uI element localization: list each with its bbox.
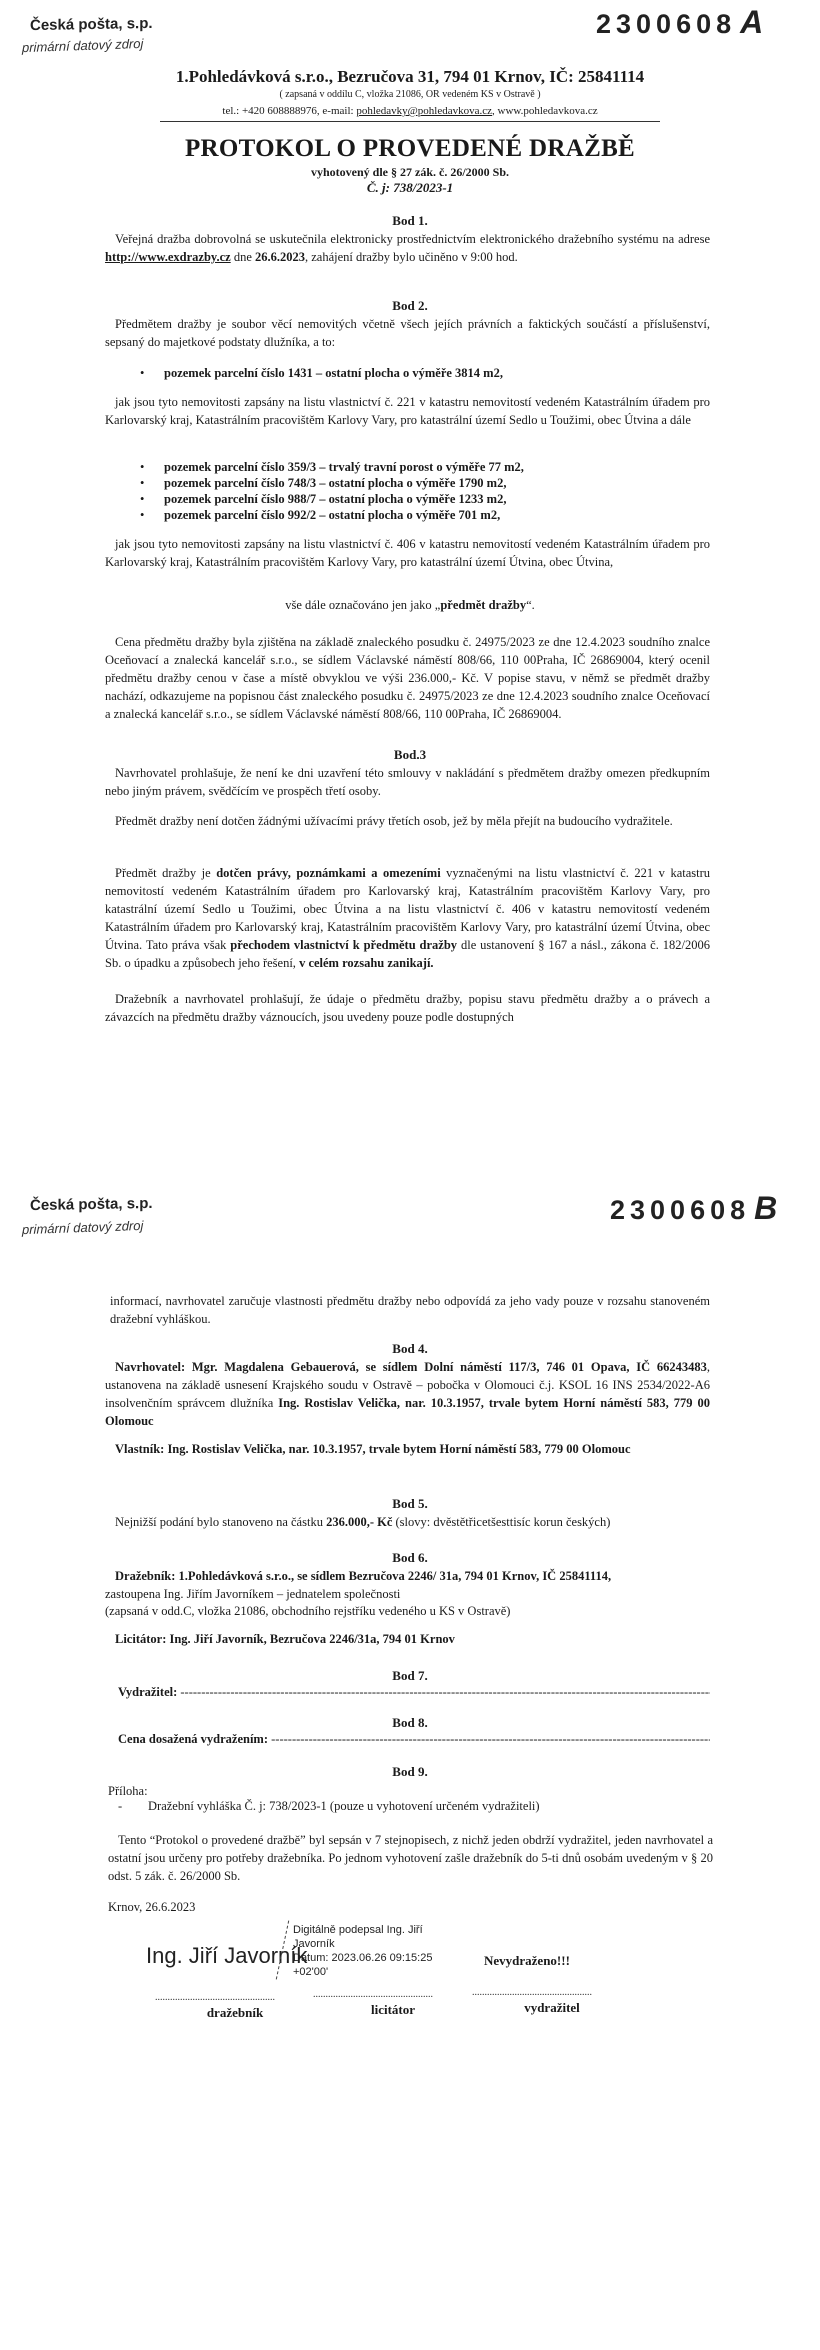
contact-web: , www.pohledavkova.cz	[492, 105, 598, 117]
parcel-item: pozemek parcelní číslo 748/3 – ostatní p…	[140, 475, 700, 491]
minimum-bid-text: Nejnižší podání bylo stanoveno na částku…	[105, 1513, 710, 1531]
document-number-b: 2300608 B	[610, 1190, 777, 1227]
role-drazebnik: dražebník	[155, 2005, 315, 2021]
postal-stamp-org: Česká pošta, s.p.	[30, 1195, 153, 1214]
vlastnik-text: Vlastník: Ing. Rostislav Velička, nar. 1…	[105, 1440, 710, 1458]
parcel-list-lv221: pozemek parcelní číslo 1431 – ostatní pl…	[140, 365, 700, 381]
licitator-text: Licitátor: Ing. Jiří Javorník, Bezručova…	[105, 1630, 710, 1648]
copies-text: Tento “Protokol o provedené dražbě” byl …	[108, 1831, 713, 1885]
company-name: 1.Pohledávková s.r.o., Bezručova 31, 794…	[0, 67, 820, 87]
final-price-field: Cena dosažená vydražením: --------------…	[118, 1732, 710, 1747]
bod6-heading: Bod 6.	[0, 1550, 820, 1566]
designation-suffix: “.	[526, 598, 535, 612]
exdrazby-link[interactable]: http://www.exdrazby.cz	[105, 250, 231, 264]
minimum-bid-label: Nejnižší podání bylo stanoveno na částku	[115, 1515, 326, 1529]
bod3-p2: Předmět dražby není dotčen žádnými užíva…	[105, 812, 710, 830]
bod1-text: Veřejná dražba dobrovolná se uskutečnila…	[105, 230, 710, 266]
digital-signature-line: +02'00'	[293, 1965, 432, 1979]
designation-prefix: vše dále označováno jen jako „	[285, 598, 440, 612]
bod4-heading: Bod 4.	[0, 1341, 820, 1357]
signature-line-licitator: ........................................…	[313, 1989, 433, 2000]
navrhovatel-text: Navrhovatel: Mgr. Magdalena Gebauerová, …	[105, 1358, 710, 1430]
role-licitator: licitátor	[313, 2002, 473, 2018]
bod3-p3-b: dotčen právy, poznámkami a omezeními	[216, 866, 440, 880]
place-date: Krnov, 26.6.2023	[108, 1898, 713, 1916]
doc-number: 2300608	[596, 9, 736, 39]
bod7-heading: Bod 7.	[0, 1668, 820, 1684]
header-rule	[160, 121, 660, 122]
postal-stamp-sub: primární datový zdroj	[22, 36, 143, 55]
bod3-p4-part2: informací, navrhovatel zaručuje vlastnos…	[110, 1292, 710, 1328]
digital-signature-line: Digitálně podepsal Ing. Jiří	[293, 1923, 432, 1937]
company-contact: tel.: +420 608888976, e-mail: pohledavky…	[0, 105, 820, 117]
minimum-bid-words: (slovy: dvěstětřicetšesttisíc korun česk…	[392, 1515, 610, 1529]
bod9-heading: Bod 9.	[0, 1764, 820, 1780]
document-number-a: 2300608 A	[596, 4, 763, 41]
digital-signature-line: Datum: 2023.06.26 09:15:25	[293, 1951, 432, 1965]
bod1-heading: Bod 1.	[0, 213, 820, 229]
not-auctioned-note: Nevydraženo!!!	[484, 1953, 570, 1969]
bod3-p1: Navrhovatel prohlašuje, že není ke dni u…	[105, 764, 710, 800]
parcel-item: pozemek parcelní číslo 359/3 – trvalý tr…	[140, 459, 700, 475]
bod1-text-mid: dne	[231, 250, 255, 264]
signature-line-drazebnik: ........................................…	[155, 1992, 275, 2003]
reference-number: Č. j: 738/2023-1	[0, 180, 820, 196]
doc-letter: A	[740, 4, 763, 40]
page-title: PROTOKOL O PROVEDENÉ DRAŽBĚ	[0, 135, 820, 163]
role-vydrazitel: vydražitel	[472, 2000, 632, 2016]
contact-email-link[interactable]: pohledavky@pohledavkova.cz	[356, 105, 492, 117]
bod3-p3-f: v celém rozsahu zanikají.	[299, 956, 433, 970]
winner-blank: ----------------------------------------…	[180, 1685, 710, 1699]
bod3-p3-a: Předmět dražby je	[115, 866, 216, 880]
postal-stamp-org: Česká pošta, s.p.	[30, 15, 153, 34]
subject-designation: vše dále označováno jen jako „předmět dr…	[0, 598, 820, 613]
valuation-text: Cena předmětu dražby byla zjištěna na zá…	[105, 633, 710, 723]
parcel-list-lv406: pozemek parcelní číslo 359/3 – trvalý tr…	[140, 459, 700, 523]
bod3-heading: Bod.3	[0, 747, 820, 763]
lv406-text: jak jsou tyto nemovitosti zapsány na lis…	[105, 535, 710, 571]
attachment-item-text: Dražební vyhláška Č. j: 738/2023-1 (pouz…	[148, 1799, 540, 1813]
postal-stamp-sub: primární datový zdroj	[22, 1218, 143, 1237]
bod3-p3: Předmět dražby je dotčen právy, poznámka…	[105, 864, 710, 972]
bod2-heading: Bod 2.	[0, 298, 820, 314]
digital-signature-block: Digitálně podepsal Ing. Jiří Javorník Da…	[293, 1923, 432, 1979]
signature-line-vydrazitel: ........................................…	[472, 1987, 592, 1998]
bod1-text-end: , zahájení dražby bylo učiněno v 9:00 ho…	[305, 250, 518, 264]
bod1-text-start: Veřejná dražba dobrovolná se uskutečnila…	[115, 232, 710, 246]
bod8-heading: Bod 8.	[0, 1715, 820, 1731]
winner-field: Vydražitel: ----------------------------…	[118, 1685, 710, 1700]
minimum-bid-amount: 236.000,- Kč	[326, 1515, 392, 1529]
parcel-item: pozemek parcelní číslo 992/2 – ostatní p…	[140, 507, 700, 523]
designation-term: předmět dražby	[440, 598, 526, 612]
digital-signature-line: Javorník	[293, 1937, 432, 1951]
final-price-label: Cena dosažená vydražením:	[118, 1732, 271, 1746]
doc-letter: B	[754, 1190, 777, 1226]
company-registration: ( zapsaná v oddílu C, vložka 21086, OR v…	[0, 89, 820, 100]
dash-bullet: -	[118, 1797, 148, 1815]
attachment-item: -Dražební vyhláška Č. j: 738/2023-1 (pou…	[118, 1797, 723, 1815]
document-subtitle: vyhotovený dle § 27 zák. č. 26/2000 Sb.	[0, 165, 820, 180]
zapsana-text: (zapsaná v odd.C, vložka 21086, obchodní…	[105, 1602, 710, 1620]
bod2-intro: Předmětem dražby je soubor věcí nemovitý…	[105, 315, 710, 351]
bod3-p4-part1: Dražebník a navrhovatel prohlašují, že ú…	[105, 990, 710, 1026]
final-price-blank: ----------------------------------------…	[271, 1732, 710, 1746]
lv221-text: jak jsou tyto nemovitosti zapsány na lis…	[105, 393, 710, 429]
bod3-p3-d: přechodem vlastnictví k předmětu dražby	[230, 938, 457, 952]
doc-number: 2300608	[610, 1195, 750, 1225]
bod5-heading: Bod 5.	[0, 1496, 820, 1512]
parcel-item: pozemek parcelní číslo 988/7 – ostatní p…	[140, 491, 700, 507]
parcel-item: pozemek parcelní číslo 1431 – ostatní pl…	[140, 365, 700, 381]
contact-phone: tel.: +420 608888976, e-mail:	[222, 105, 356, 117]
navrhovatel-name: Navrhovatel: Mgr. Magdalena Gebauerová, …	[115, 1360, 707, 1374]
winner-label: Vydražitel:	[118, 1685, 180, 1699]
zastoupena-text: zastoupena Ing. Jiřím Javorníkem – jedna…	[105, 1585, 710, 1603]
drazebnik-text: Dražebník: 1.Pohledávková s.r.o., se síd…	[105, 1567, 710, 1585]
auction-date: 26.6.2023	[255, 250, 305, 264]
